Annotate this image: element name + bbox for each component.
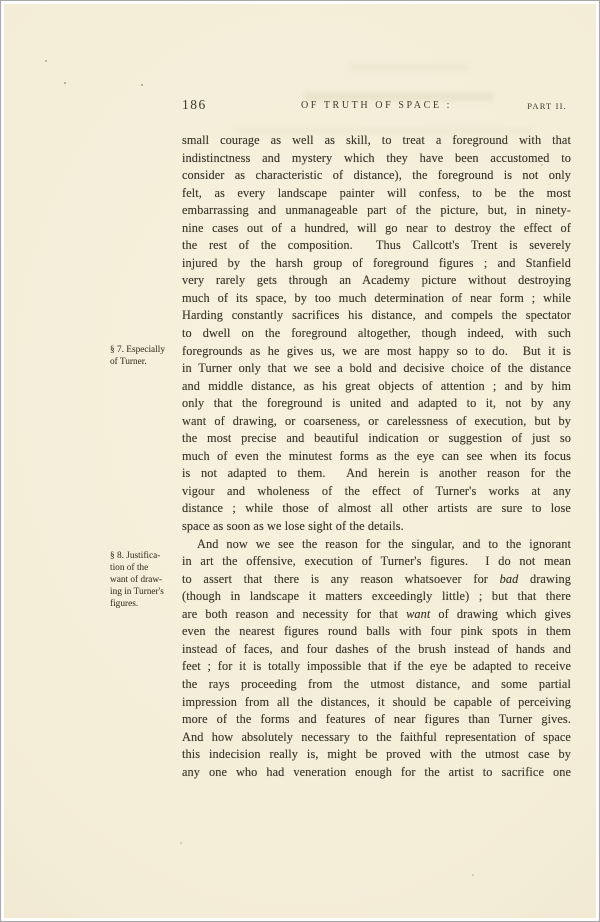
text-line: want of draw- xyxy=(110,574,182,586)
text-line: and middle distance, as his great object… xyxy=(182,378,571,396)
text-line: much of even the minutest forms as the e… xyxy=(182,448,571,466)
text-line: in art the offensive, execution of Turne… xyxy=(182,553,571,571)
text-line: very rarely gets through an Academy pict… xyxy=(182,272,571,290)
foxing-speck xyxy=(472,874,474,876)
scanned-book-page: 186 OF TRUTH OF SPACE : PART II. § 7. Es… xyxy=(0,0,600,922)
paragraph-2: And now we see the reason for the singul… xyxy=(182,536,571,782)
text-line: distance ; while those of almost all oth… xyxy=(182,500,571,518)
text-line: feet ; for it is totally impossible that… xyxy=(182,658,571,676)
text-line: impression from all the distances, it sh… xyxy=(182,694,571,712)
text-line: (though in landscape it matters exceedin… xyxy=(182,588,571,606)
text-line: injured by the harsh group of foreground… xyxy=(182,255,571,273)
text-line: the rays proceeding from the utmost dist… xyxy=(182,676,571,694)
text-line: to dwell on the foreground altogether, t… xyxy=(182,325,571,343)
text-line: to assert that there is any reason whats… xyxy=(182,571,571,589)
paragraph-1: small courage as well as skill, to treat… xyxy=(182,132,571,536)
text-line: of Turner. xyxy=(110,356,182,368)
text-line: foregrounds as he gives us, we are most … xyxy=(182,343,571,361)
paper-background: 186 OF TRUTH OF SPACE : PART II. § 7. Es… xyxy=(4,4,596,918)
text-line: instead of faces, and four dashes of the… xyxy=(182,641,571,659)
text-line: § 8. Justifica- xyxy=(110,550,182,562)
part-label: PART II. xyxy=(527,101,567,111)
text-line: much of its space, by too much determina… xyxy=(182,290,571,308)
text-line: indistinctness and mystery which they ha… xyxy=(182,150,571,168)
text-line: ing in Turner's xyxy=(110,586,182,598)
text-line: this indecision really is, might be prov… xyxy=(182,746,571,764)
text-line: figures. xyxy=(110,598,182,610)
text-line: embarrassing and unmanageable part of th… xyxy=(182,202,571,220)
text-line: the rest of the composition. Thus Callco… xyxy=(182,237,571,255)
margin-note-section-8: § 8. Justifica-tion of thewant of draw-i… xyxy=(110,550,182,610)
text-line: more of the forms and features of near f… xyxy=(182,711,571,729)
text-line: is not adapted to them. And herein is an… xyxy=(182,465,571,483)
page-header: 186 OF TRUTH OF SPACE : PART II. xyxy=(182,97,571,115)
text-line: only that the foreground is united and a… xyxy=(182,395,571,413)
text-line: space as soon as we lose sight of the de… xyxy=(182,518,571,536)
text-line: are both reason and necessity for that w… xyxy=(182,606,571,624)
text-line: Harding constantly sacrifices his distan… xyxy=(182,307,571,325)
text-line: any one who had veneration enough for th… xyxy=(182,764,571,782)
text-line: small courage as well as skill, to treat… xyxy=(182,132,571,150)
text-line: tion of the xyxy=(110,562,182,574)
margin-note-section-7: § 7. Especiallyof Turner. xyxy=(110,344,182,368)
text-line: in Turner only that we see a bold and de… xyxy=(182,360,571,378)
text-line: want of drawing, or coarseness, or carel… xyxy=(182,413,571,431)
text-line: felt, as every landscape painter will co… xyxy=(182,185,571,203)
text-line: And how absolutely necessary to the fait… xyxy=(182,729,571,747)
text-line: And now we see the reason for the singul… xyxy=(182,536,571,554)
foxing-speck xyxy=(141,84,143,86)
foxing-speck xyxy=(64,82,66,84)
text-line: nine cases out of a hundred, will go nea… xyxy=(182,220,571,238)
text-line: consider as characteristic of distance),… xyxy=(182,167,571,185)
show-through-artifact xyxy=(349,64,469,71)
text-line: § 7. Especially xyxy=(110,344,182,356)
foxing-speck xyxy=(180,842,182,844)
foxing-speck xyxy=(45,60,47,62)
body-text-column: small courage as well as skill, to treat… xyxy=(182,132,571,781)
running-title: OF TRUTH OF SPACE : xyxy=(182,100,571,111)
text-line: even the nearest figures round balls wit… xyxy=(182,623,571,641)
text-line: vigour and wholeness of the effect of Tu… xyxy=(182,483,571,501)
text-line: the most precise and beautiful indicatio… xyxy=(182,430,571,448)
